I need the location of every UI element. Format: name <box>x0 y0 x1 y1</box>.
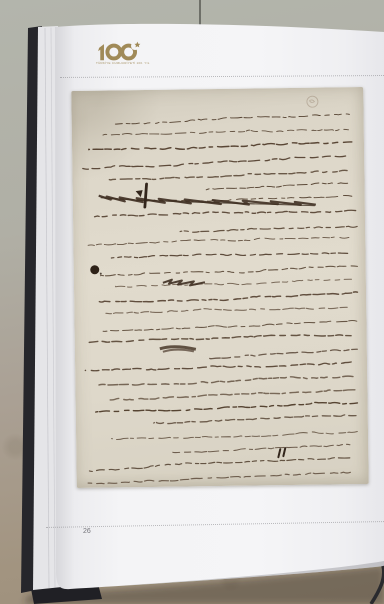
ink-smudge-2 <box>163 349 194 351</box>
handwriting-line <box>209 349 357 358</box>
bold-vertical-stroke <box>145 184 147 207</box>
handwriting-line <box>171 444 350 452</box>
manuscript-photo <box>71 87 369 488</box>
handwriting-line <box>89 334 351 342</box>
strikethrough-scribble <box>99 193 316 208</box>
archival-stamp-mark <box>307 96 318 107</box>
handwriting-line <box>88 472 350 484</box>
handwriting-line <box>101 307 347 315</box>
handwriting-line <box>83 156 346 169</box>
ink-blob-triangle <box>136 190 143 197</box>
page-number: 26 <box>83 528 91 535</box>
logo-tagline: TÜRKİYE CUMHURİYETİ 100. YIL <box>96 62 384 65</box>
handwriting-line <box>96 376 353 386</box>
logo-digit-0 <box>107 46 120 59</box>
ink-blot <box>90 265 99 274</box>
handwriting-line <box>111 252 347 258</box>
handwriting-line <box>109 170 347 180</box>
handwriting-line <box>89 457 350 471</box>
manuscript-svg <box>71 87 369 488</box>
handwriting-line <box>180 226 357 232</box>
handwriting-line <box>87 237 349 246</box>
logo-digit-1 <box>98 44 104 60</box>
handwriting-line <box>85 362 351 371</box>
ink-blot-satellite <box>100 273 102 275</box>
handwriting-line <box>109 390 355 401</box>
handwriting-line <box>103 129 349 136</box>
manuscript-text-lines <box>82 114 361 484</box>
handwriting-line <box>115 279 351 287</box>
handwriting-line <box>99 292 358 303</box>
handwriting-line <box>103 320 357 331</box>
emphasis-double-stroke <box>278 448 285 457</box>
handwriting-line <box>95 210 356 217</box>
logo-100-icon <box>94 40 142 64</box>
handwriting-line <box>154 415 356 424</box>
handwriting-line <box>96 402 358 412</box>
handwriting-line <box>100 266 357 276</box>
archival-stamp-mark-inner <box>309 100 314 103</box>
handwriting-line <box>111 431 357 439</box>
handwriting-line <box>113 114 350 125</box>
handwriting-line <box>89 142 352 151</box>
handwriting-line <box>206 183 348 190</box>
